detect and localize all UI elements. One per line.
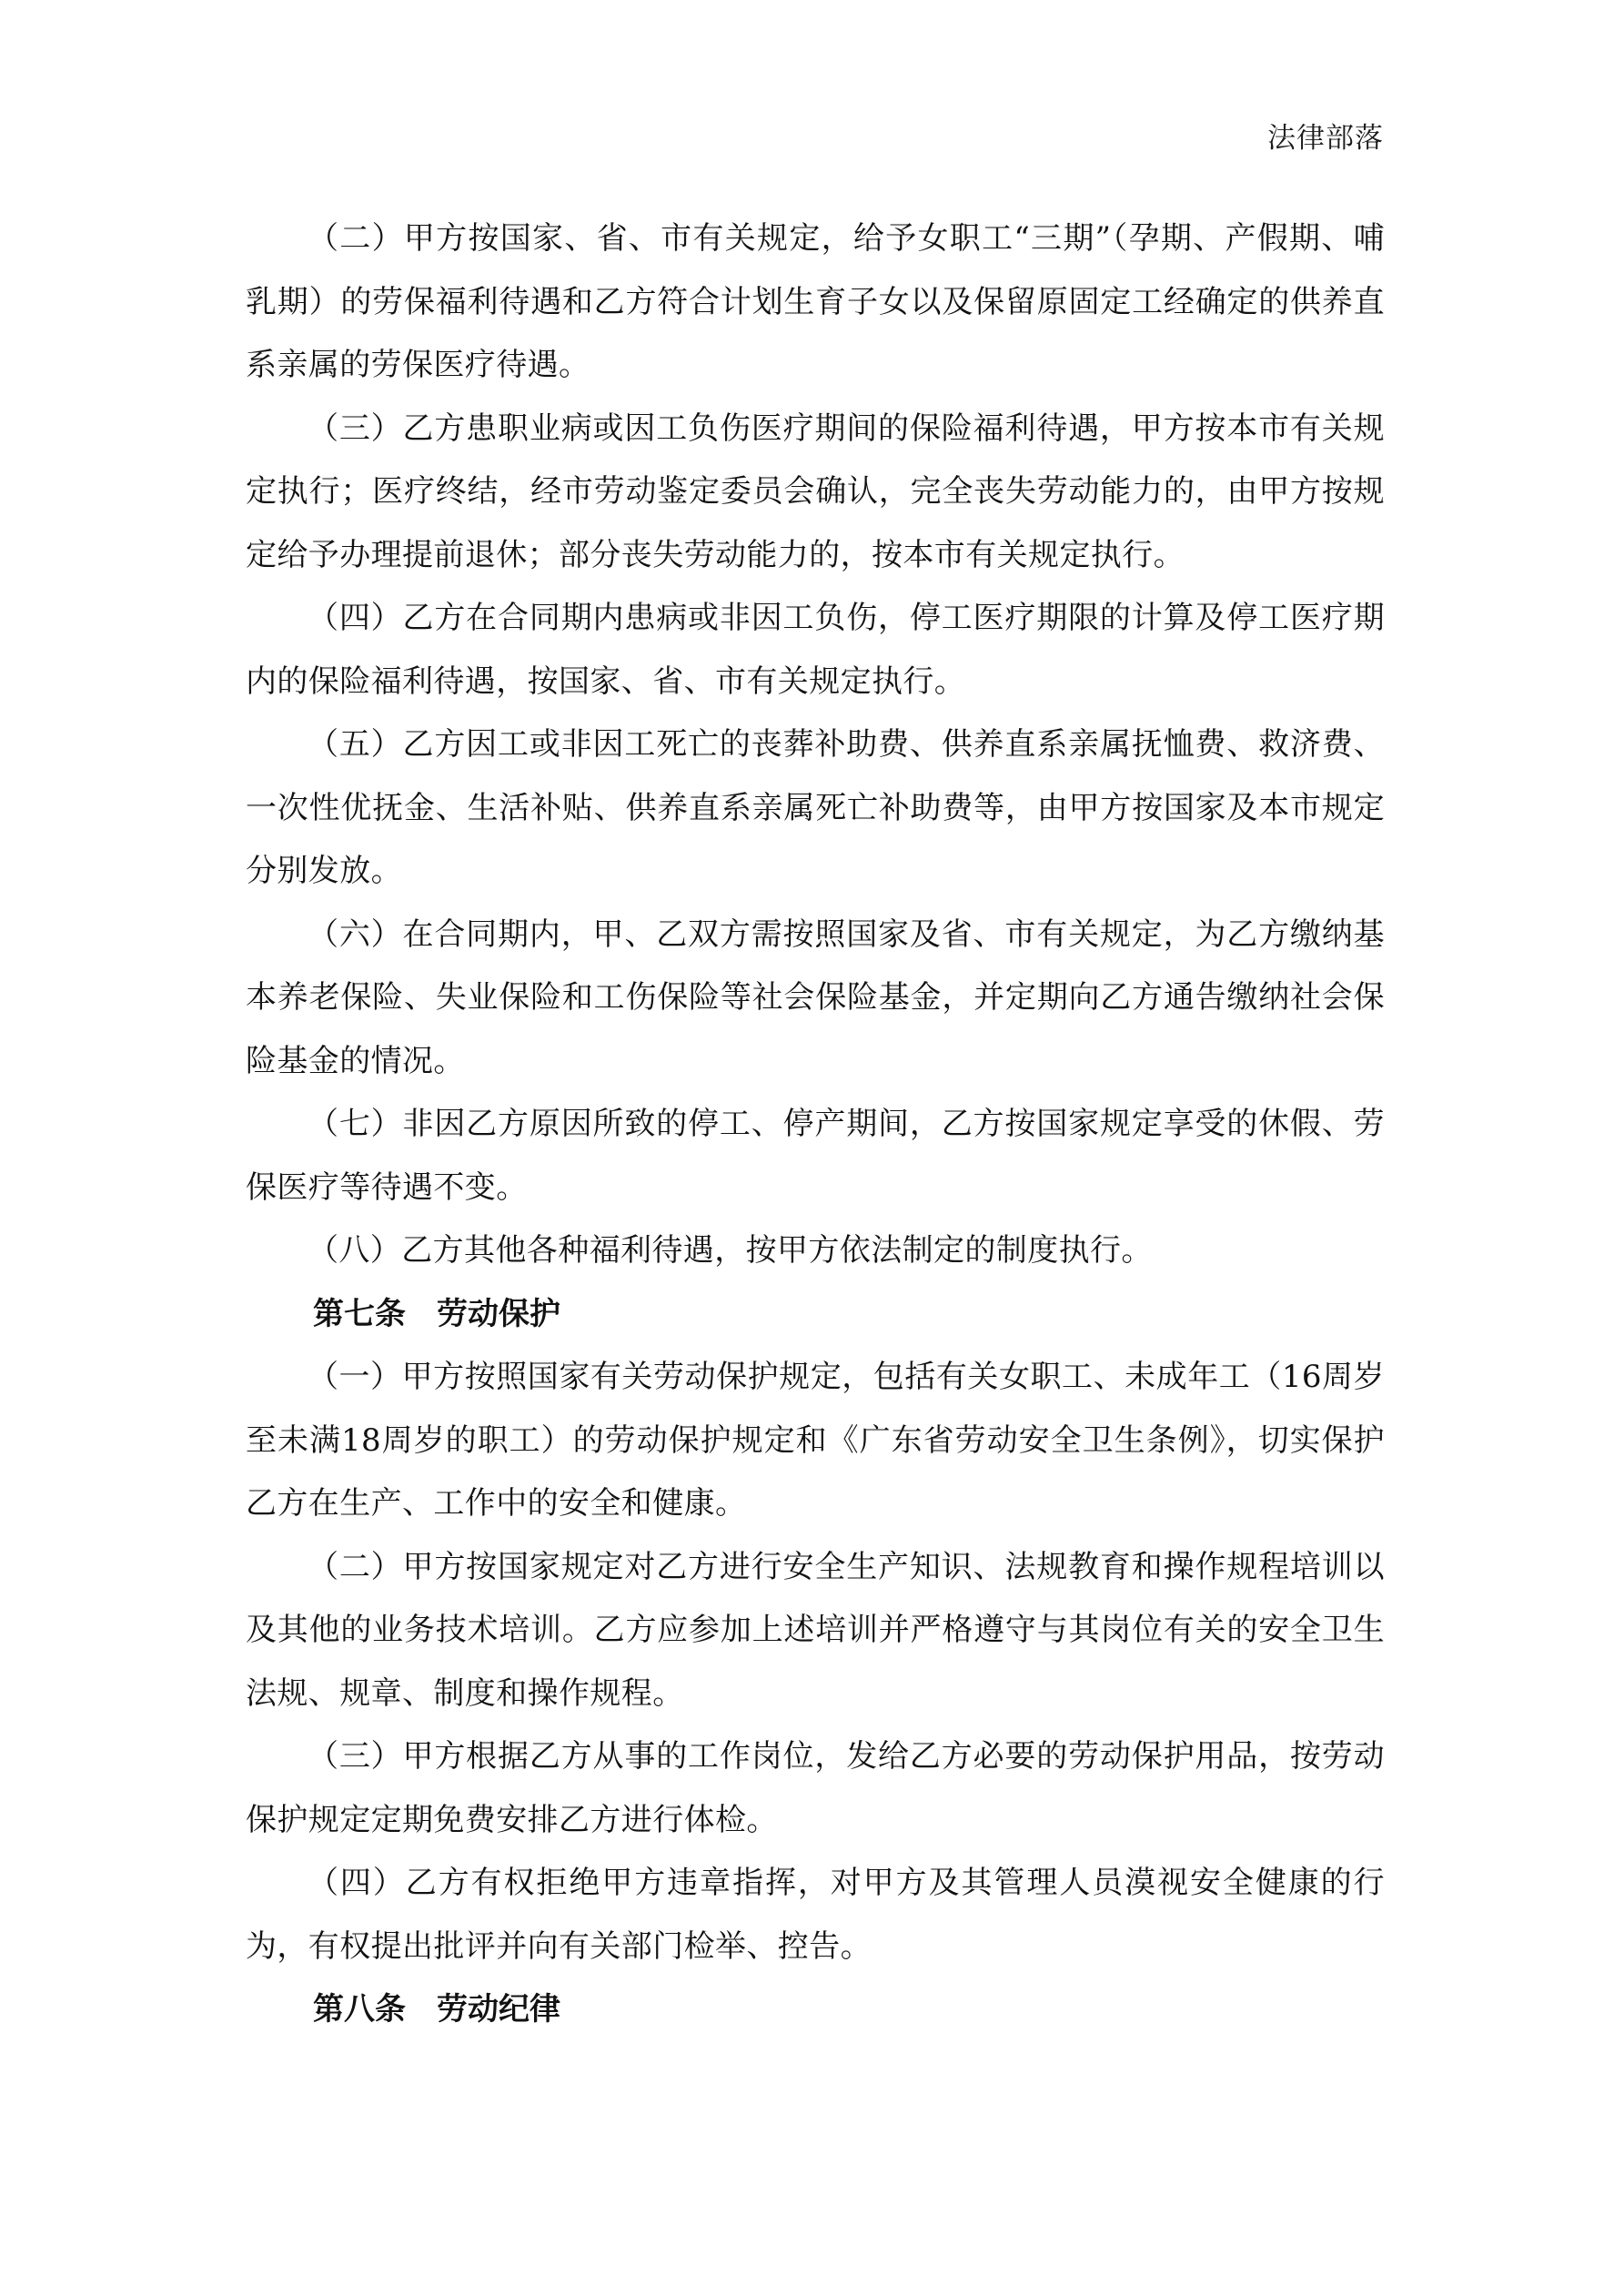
paragraph-welfare-7: （七）非因乙方原因所致的停工、停产期间，乙方按国家规定享受的休假、劳保医疗等待遇… <box>246 1093 1385 1219</box>
document-body: （二）甲方按国家、省、市有关规定，给予女职工“三期”（孕期、产假期、哺乳期）的劳… <box>246 207 1385 2042</box>
article-7-title: 劳动保护 <box>437 1296 560 1332</box>
paragraph-welfare-4: （四）乙方在合同期内患病或非因工负伤，停工医疗期限的计算及停工医疗期内的保险福利… <box>246 587 1385 713</box>
paragraph-protection-4: （四）乙方有权拒绝甲方违章指挥，对甲方及其管理人员漠视安全健康的行为，有权提出批… <box>246 1852 1385 1978</box>
paragraph-welfare-2: （二）甲方按国家、省、市有关规定，给予女职工“三期”（孕期、产假期、哺乳期）的劳… <box>246 207 1385 398</box>
paragraph-welfare-3: （三）乙方患职业病或因工负伤医疗期间的保险福利待遇，甲方按本市有关规定执行；医疗… <box>246 398 1385 588</box>
paragraph-protection-3: （三）甲方根据乙方从事的工作岗位，发给乙方必要的劳动保护用品，按劳动保护规定定期… <box>246 1725 1385 1852</box>
paragraph-welfare-5: （五）乙方因工或非因工死亡的丧葬补助费、供养直系亲属抚恤费、救济费、一次性优抚金… <box>246 713 1385 904</box>
paragraph-welfare-6: （六）在合同期内，甲、乙双方需按照国家及省、市有关规定，为乙方缴纳基本养老保险、… <box>246 904 1385 1094</box>
article-8-number: 第八条 <box>313 1978 406 2042</box>
paragraph-protection-1: （一）甲方按照国家有关劳动保护规定，包括有关女职工、未成年工（16周岁至未满18… <box>246 1346 1385 1536</box>
paragraph-welfare-8: （八）乙方其他各种福利待遇，按甲方依法制定的制度执行。 <box>246 1219 1385 1283</box>
article-7-number: 第七条 <box>313 1283 406 1347</box>
paragraph-protection-2: （二）甲方按国家规定对乙方进行安全生产知识、法规教育和操作规程培训以及其他的业务… <box>246 1536 1385 1726</box>
header-brand: 法律部落 <box>1267 115 1384 156</box>
article-7-heading: 第七条劳动保护 <box>246 1283 1385 1347</box>
article-8-heading: 第八条劳动纪律 <box>246 1978 1385 2042</box>
article-8-title: 劳动纪律 <box>437 1991 560 2028</box>
